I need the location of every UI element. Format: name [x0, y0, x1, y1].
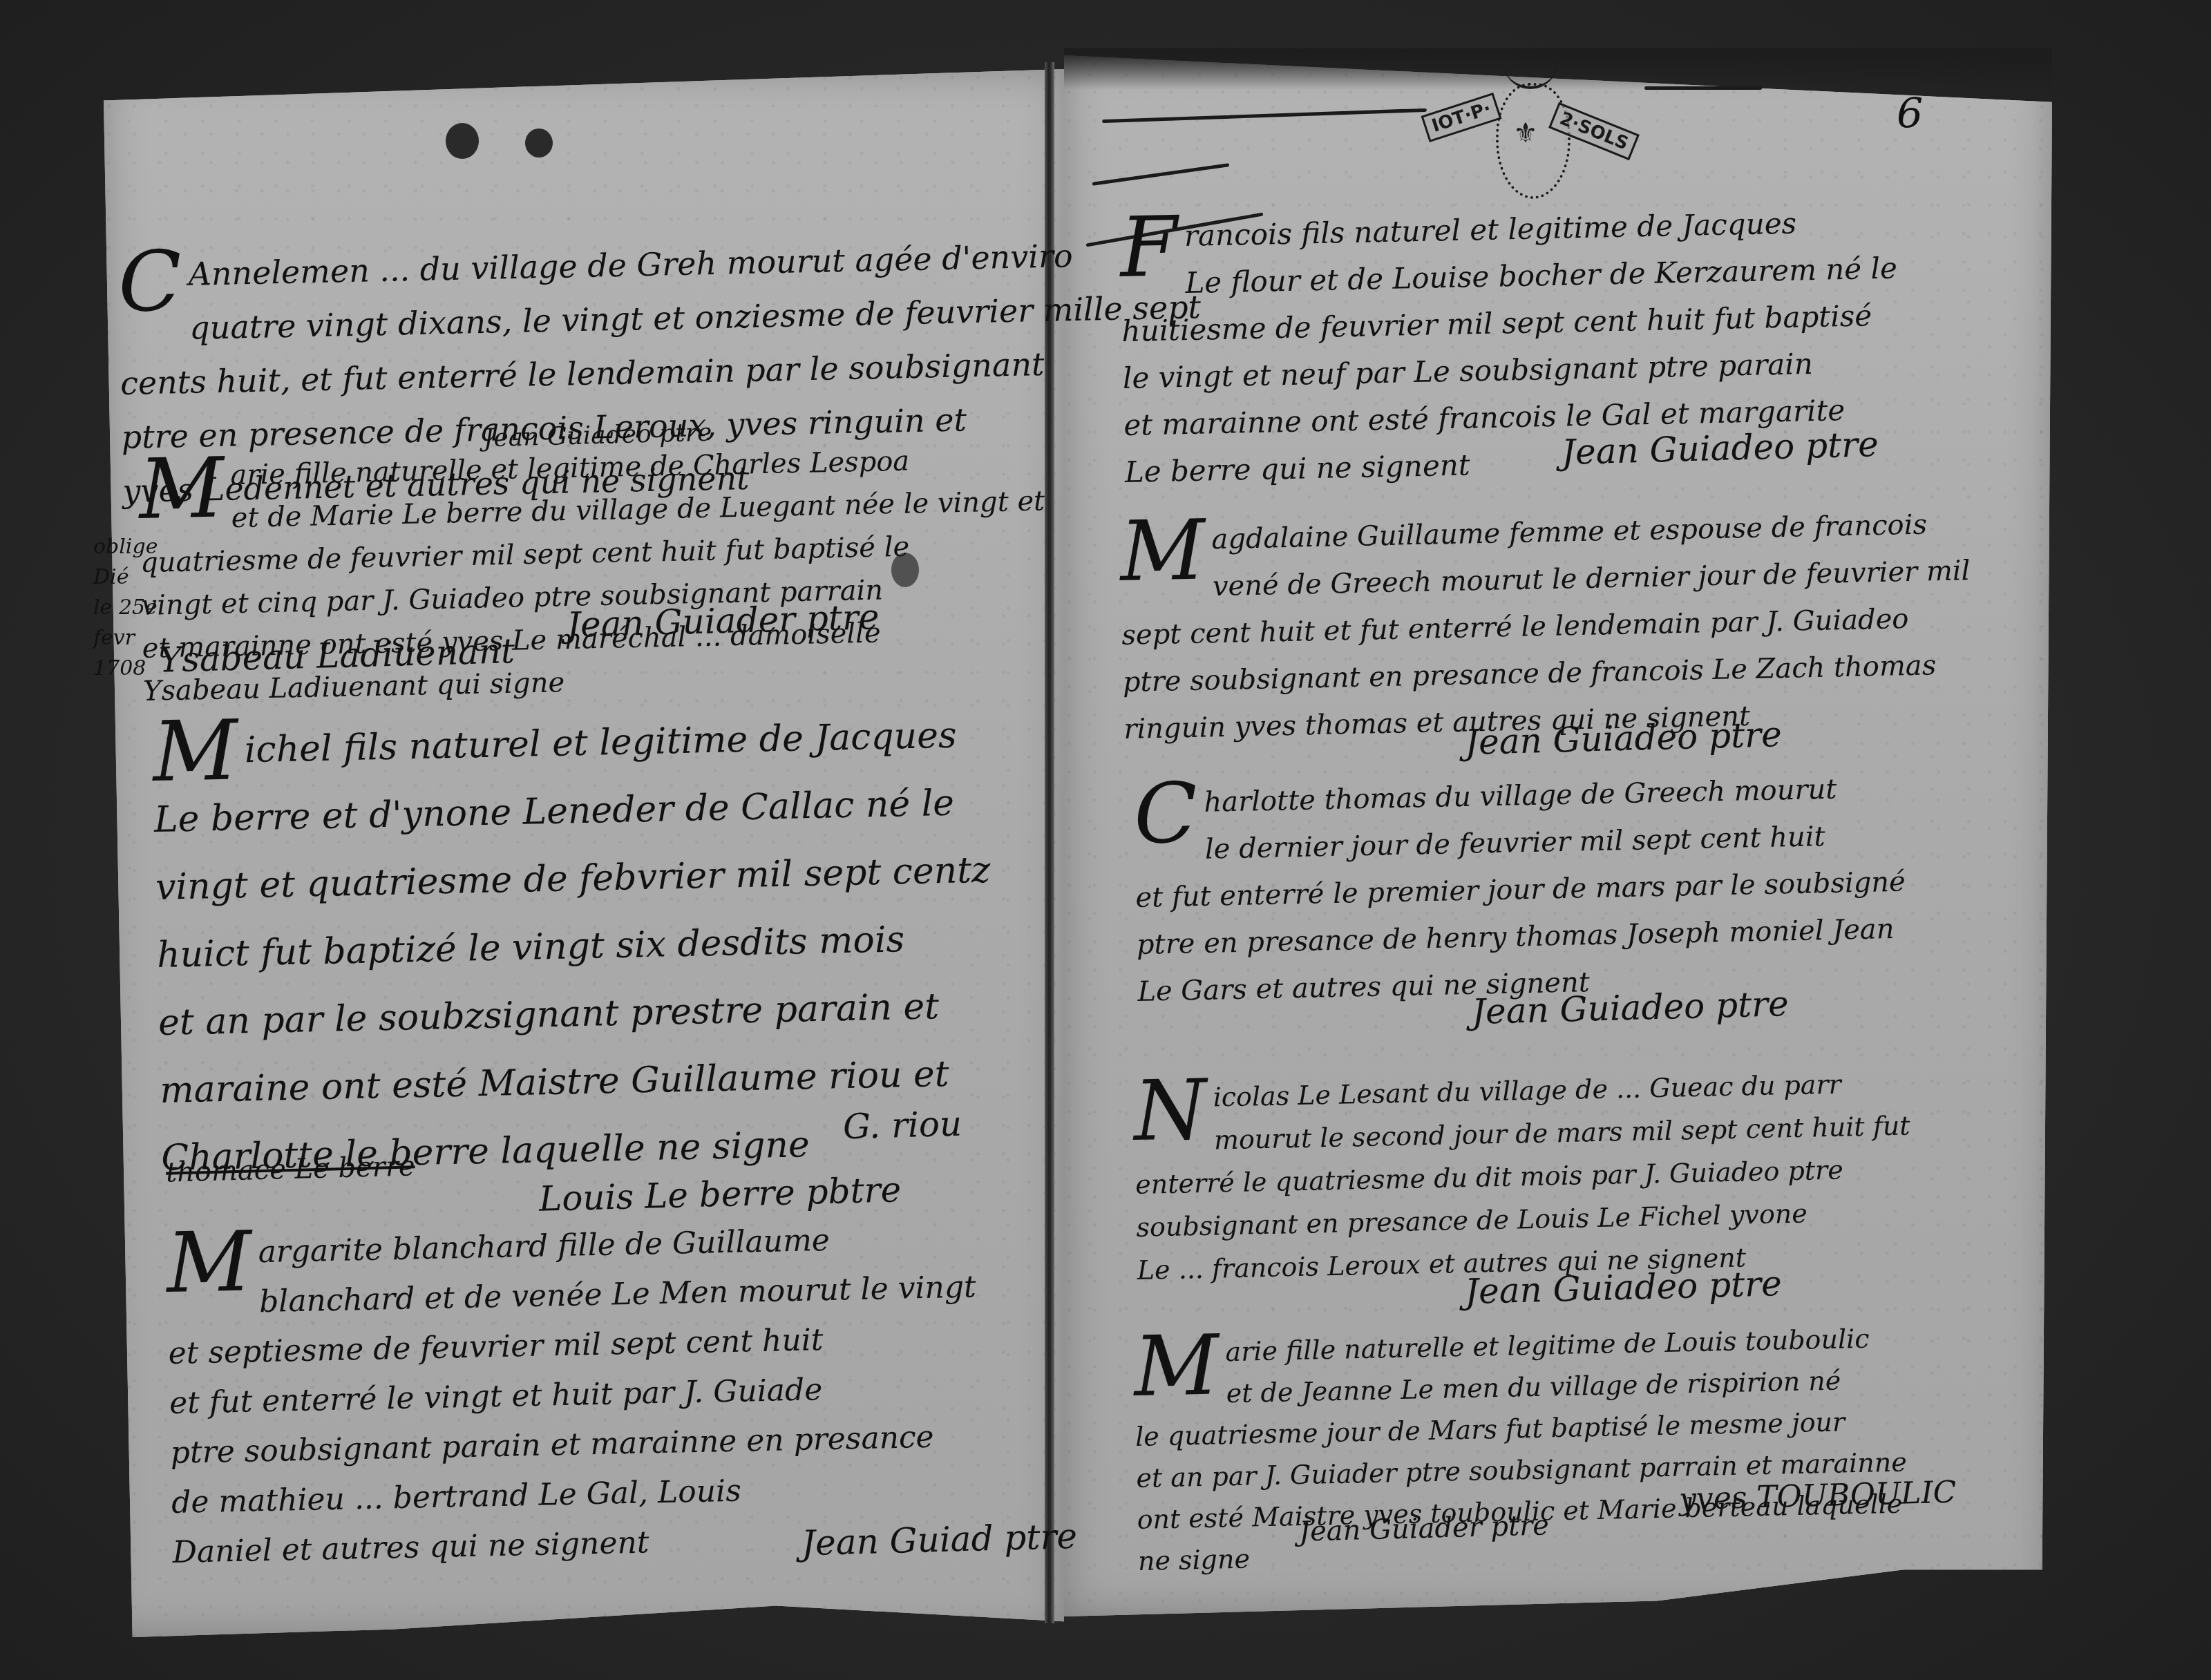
struck-out-name: thomace Le berre [165, 1150, 415, 1188]
entry-initial: M [1133, 1345, 1219, 1388]
signature-text: Jean Guiadeo ptre [1464, 714, 1782, 763]
priest-signature: Jean Guiadeo ptre [1464, 1263, 1782, 1312]
witness-signature: yves TOUBOULIC [1678, 1475, 1957, 1517]
entry-initial: M [166, 1241, 252, 1285]
entry-initial: N [1133, 1090, 1206, 1133]
register-entry: M arie fille naturelle et legitime de Lo… [1133, 1314, 2050, 1582]
witness-signature: G. riou [842, 1104, 962, 1147]
register-entry: M agdalaine Guillaume femme et espouse d… [1119, 499, 2036, 753]
entry-initial: C [117, 261, 182, 304]
struck-text: thomace Le berre [165, 1150, 415, 1188]
revenue-stamp: ⚜ IOT·P· 2·SOLS [1416, 55, 1644, 221]
ink-blot [525, 128, 553, 157]
signature-text: Jean Guiader ptre [1298, 1509, 1549, 1547]
fleur-de-lis-icon: ⚜ [1513, 117, 1538, 149]
priest-signature: Jean Guiadeo ptre [1561, 424, 1879, 472]
priest-signature: Jean Guiader ptre [566, 597, 880, 645]
entry-initial: M [138, 468, 224, 511]
header-rule [1644, 86, 1762, 90]
entry-initial: C [1133, 793, 1197, 836]
signature-text: Jean Guiadeo ptre [1464, 1263, 1782, 1312]
priest-signature: Jean Guiad ptre [801, 1516, 1077, 1563]
signature-text: yves TOUBOULIC [1678, 1475, 1957, 1517]
stamp-left-banner: IOT·P· [1421, 93, 1502, 142]
priest-signature: Jean Guiadeo ptre [1464, 714, 1782, 763]
ink-blot [446, 123, 479, 159]
entry-initial: M [152, 730, 238, 774]
page-number: 6 [1897, 90, 1923, 138]
signature-text: Jean Guiader ptre [566, 597, 880, 645]
signature-text: Jean Guiadeo ptre [1471, 984, 1789, 1032]
signature-text: Jean Guiad ptre [801, 1516, 1077, 1563]
entry-initial: M [1119, 530, 1205, 573]
signature-text: G. riou [842, 1104, 962, 1147]
entry-initial: F [1119, 227, 1178, 269]
register-entry: N icolas Le Lesant du village de ... Gue… [1133, 1058, 2049, 1292]
priest-signature: Jean Guiader ptre [1298, 1509, 1549, 1547]
priest-signature: Jean Guiadeo ptre [1471, 984, 1789, 1032]
signature-text: Jean Guiadeo ptre [1561, 424, 1879, 472]
register-entry: C harlotte thomas du village de Greech m… [1133, 761, 2050, 1015]
